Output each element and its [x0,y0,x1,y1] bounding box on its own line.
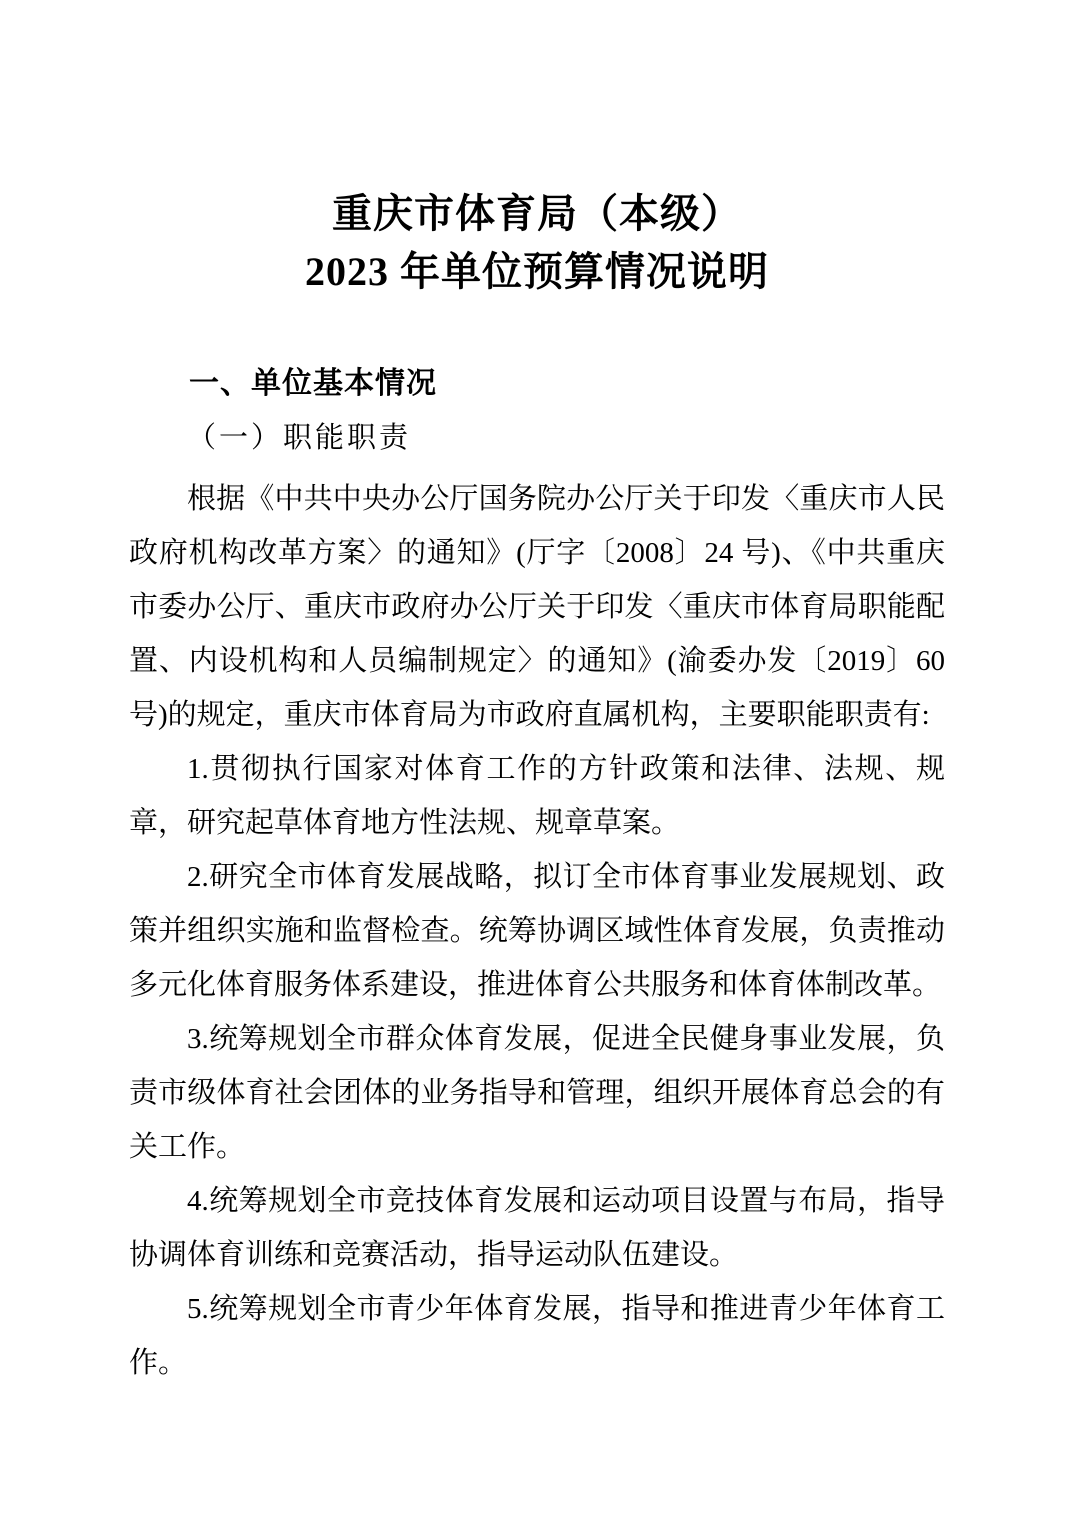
document-title: 重庆市体育局（本级） 2023 年单位预算情况说明 [129,27,945,301]
paragraph-duty-2: 2.研究全市体育发展战略，拟订全市体育事业发展规划、政策并组织实施和监督检查。统… [129,850,945,1012]
paragraph-duty-1: 1.贯彻执行国家对体育工作的方针政策和法律、法规、规章，研究起草体育地方性法规、… [129,742,945,850]
subsection-heading-functions-duties: （一）职能职责 [129,411,945,465]
document-content: 重庆市体育局（本级） 2023 年单位预算情况说明 一、单位基本情况 （一）职能… [129,27,945,1390]
document-title-line1: 重庆市体育局（本级） [129,185,945,243]
paragraph-intro: 根据《中共中央办公厅国务院办公厅关于印发〈重庆市人民政府机构改革方案〉的通知》(… [129,472,945,742]
document-page: 重庆市体育局（本级） 2023 年单位预算情况说明 一、单位基本情况 （一）职能… [0,0,1074,1520]
paragraph-duty-5: 5.统筹规划全市青少年体育发展，指导和推进青少年体育工作。 [129,1282,945,1390]
document-title-line2: 2023 年单位预算情况说明 [129,243,945,301]
body-text: 根据《中共中央办公厅国务院办公厅关于印发〈重庆市人民政府机构改革方案〉的通知》(… [129,472,945,1390]
section-heading-unit-basic-info: 一、单位基本情况 [129,357,945,411]
paragraph-duty-4: 4.统筹规划全市竞技体育发展和运动项目设置与布局，指导协调体育训练和竞赛活动，指… [129,1174,945,1282]
paragraph-duty-3: 3.统筹规划全市群众体育发展，促进全民健身事业发展，负责市级体育社会团体的业务指… [129,1012,945,1174]
